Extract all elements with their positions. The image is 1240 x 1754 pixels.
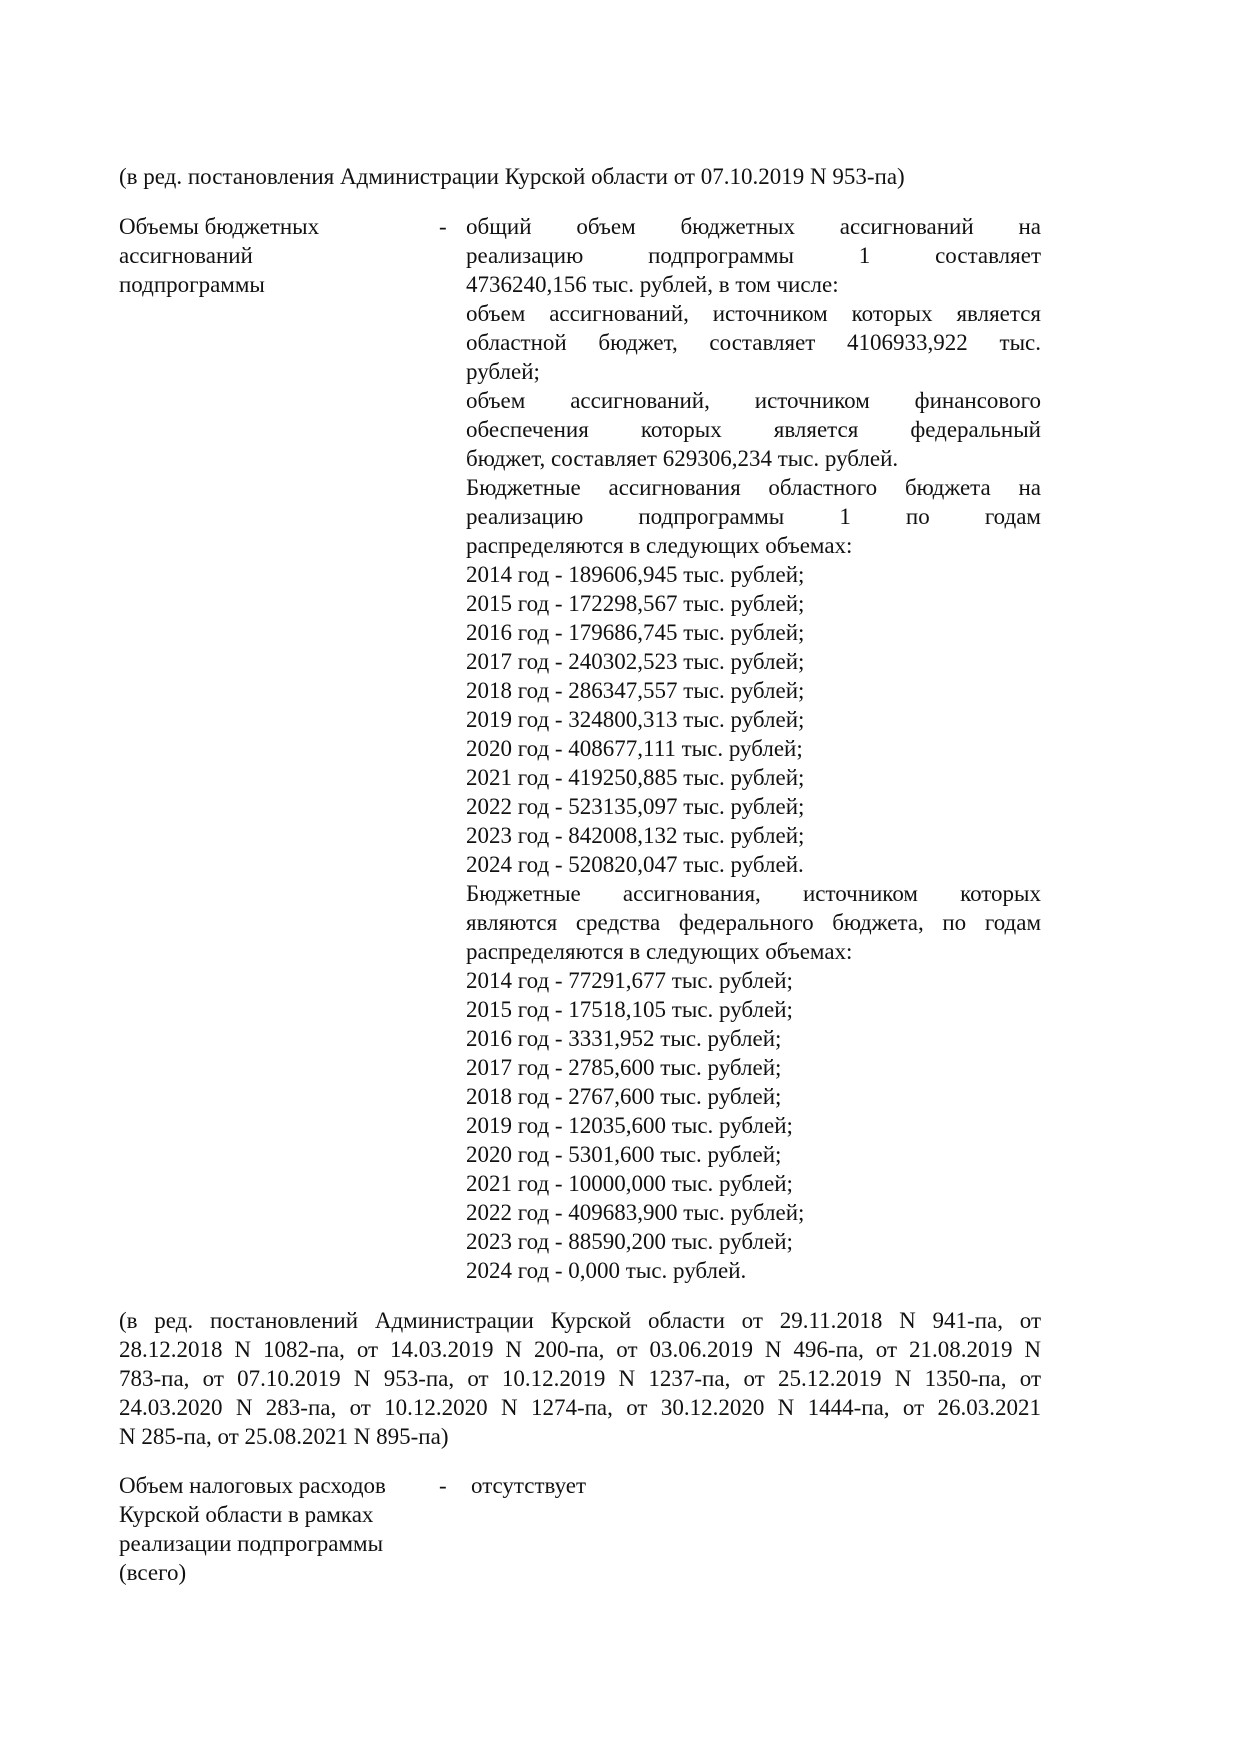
text-line: 24.03.2020 N 283-па, от 10.12.2020 N 127… bbox=[119, 1393, 1041, 1422]
budget-allocations-label: Объемы бюджетных ассигнований подпрограм… bbox=[119, 212, 439, 1285]
federal-year-2018: 2018 год - 2767,600 тыс. рублей; bbox=[466, 1082, 1041, 1111]
row-dash: - bbox=[439, 212, 466, 1285]
label-line: Объем налоговых расходов bbox=[119, 1471, 439, 1500]
regional-year-2023: 2023 год - 842008,132 тыс. рублей; bbox=[466, 821, 1041, 850]
text-line: (в ред. постановлений Администрации Курс… bbox=[119, 1306, 1041, 1335]
text-line: Бюджетные ассигнования, источником котор… bbox=[466, 879, 1041, 908]
label-line: подпрограммы bbox=[119, 270, 439, 299]
tax-expenditures-row: Объем налоговых расходов Курской области… bbox=[119, 1471, 1041, 1587]
label-line: ассигнований bbox=[119, 241, 439, 270]
text-line: реализацию подпрограммы 1 составляет bbox=[466, 241, 1041, 270]
text-line: реализацию подпрограммы 1 по годам bbox=[466, 502, 1041, 531]
text-line: бюджет, составляет 629306,234 тыс. рубле… bbox=[466, 444, 1041, 473]
federal-year-2016: 2016 год - 3331,952 тыс. рублей; bbox=[466, 1024, 1041, 1053]
regional-year-2022: 2022 год - 523135,097 тыс. рублей; bbox=[466, 792, 1041, 821]
tax-expenditures-value: отсутствует bbox=[471, 1471, 1046, 1587]
federal-by-year-list: 2014 год - 77291,677 тыс. рублей;2015 го… bbox=[466, 966, 1041, 1285]
regional-year-2017: 2017 год - 240302,523 тыс. рублей; bbox=[466, 647, 1041, 676]
text-line: объем ассигнований, источником которых я… bbox=[466, 299, 1041, 328]
budget-allocations-body: общий объем бюджетных ассигнований на ре… bbox=[466, 212, 1041, 1285]
federal-year-2014: 2014 год - 77291,677 тыс. рублей; bbox=[466, 966, 1041, 995]
amendments-note: (в ред. постановлений Администрации Курс… bbox=[119, 1306, 1041, 1451]
text-line: обеспечения которых является федеральный bbox=[466, 415, 1041, 444]
total-amount: 4736240,156 тыс. рублей, в том числе: bbox=[466, 270, 1041, 299]
federal-year-2015: 2015 год - 17518,105 тыс. рублей; bbox=[466, 995, 1041, 1024]
regional-year-2015: 2015 год - 172298,567 тыс. рублей; bbox=[466, 589, 1041, 618]
label-line: Объемы бюджетных bbox=[119, 212, 439, 241]
regional-year-2014: 2014 год - 189606,945 тыс. рублей; bbox=[466, 560, 1041, 589]
federal-year-2019: 2019 год - 12035,600 тыс. рублей; bbox=[466, 1111, 1041, 1140]
text-line: распределяются в следующих объемах: bbox=[466, 531, 1041, 560]
text-line: рублей; bbox=[466, 357, 1041, 386]
text-line: Бюджетные ассигнования областного бюджет… bbox=[466, 473, 1041, 502]
federal-year-2020: 2020 год - 5301,600 тыс. рублей; bbox=[466, 1140, 1041, 1169]
federal-year-2017: 2017 год - 2785,600 тыс. рублей; bbox=[466, 1053, 1041, 1082]
text-line: N 285-па, от 25.08.2021 N 895-па) bbox=[119, 1422, 1041, 1451]
regional-year-2024: 2024 год - 520820,047 тыс. рублей. bbox=[466, 850, 1041, 879]
text-line: распределяются в следующих объемах: bbox=[466, 937, 1041, 966]
label-line: реализации подпрограммы bbox=[119, 1529, 439, 1558]
regional-by-year-list: 2014 год - 189606,945 тыс. рублей;2015 г… bbox=[466, 560, 1041, 879]
text-line: являются средства федерального бюджета, … bbox=[466, 908, 1041, 937]
text-line: общий объем бюджетных ассигнований на bbox=[466, 212, 1041, 241]
regional-year-2016: 2016 год - 179686,745 тыс. рублей; bbox=[466, 618, 1041, 647]
regional-year-2018: 2018 год - 286347,557 тыс. рублей; bbox=[466, 676, 1041, 705]
row-dash: - bbox=[439, 1471, 471, 1587]
text-line: объем ассигнований, источником финансово… bbox=[466, 386, 1041, 415]
federal-year-2022: 2022 год - 409683,900 тыс. рублей; bbox=[466, 1198, 1041, 1227]
text-line: 28.12.2018 N 1082-па, от 14.03.2019 N 20… bbox=[119, 1335, 1041, 1364]
text-line: 783-па, от 07.10.2019 N 953-па, от 10.12… bbox=[119, 1364, 1041, 1393]
top-amendment-note: (в ред. постановления Администрации Курс… bbox=[119, 162, 1041, 191]
federal-year-2024: 2024 год - 0,000 тыс. рублей. bbox=[466, 1256, 1041, 1285]
budget-allocations-row: Объемы бюджетных ассигнований подпрограм… bbox=[119, 212, 1041, 1285]
label-line: (всего) bbox=[119, 1558, 439, 1587]
tax-expenditures-label: Объем налоговых расходов Курской области… bbox=[119, 1471, 439, 1587]
regional-year-2019: 2019 год - 324800,313 тыс. рублей; bbox=[466, 705, 1041, 734]
label-line: Курской области в рамках bbox=[119, 1500, 439, 1529]
document-page: (в ред. постановления Администрации Курс… bbox=[119, 162, 1041, 1587]
federal-year-2023: 2023 год - 88590,200 тыс. рублей; bbox=[466, 1227, 1041, 1256]
text-line: областной бюджет, составляет 4106933,922… bbox=[466, 328, 1041, 357]
regional-year-2021: 2021 год - 419250,885 тыс. рублей; bbox=[466, 763, 1041, 792]
federal-year-2021: 2021 год - 10000,000 тыс. рублей; bbox=[466, 1169, 1041, 1198]
regional-year-2020: 2020 год - 408677,111 тыс. рублей; bbox=[466, 734, 1041, 763]
